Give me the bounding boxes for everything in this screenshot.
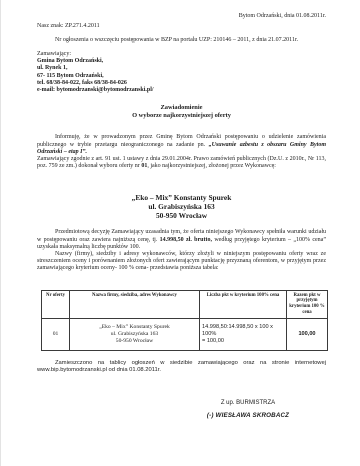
points-formula-line1: 14.998,50:14.998,50 x 100 x 100% [202, 324, 284, 338]
orderer-phone: tel. 68/38-84-022, faks 68/38-84-026 [37, 80, 326, 87]
orderer-label: Zamawiający: [37, 51, 326, 58]
date-line: Bytom Odrzański, dnia 01.08.2011r. [37, 13, 326, 20]
header-company: Nazwa firmy, siedziba, adres Wykonawcy [70, 290, 200, 318]
orderer-city: 67- 115 Bytom Odrzański, [37, 73, 326, 80]
cell-company: „Eko – Mix” Konstanty Spurek ul. Grabisz… [70, 318, 200, 350]
header-total-points: Razem pkt w przyjętym kryterium 100 % ce… [287, 290, 328, 318]
cell-company-street: ul. Grabiszyńska 163 [72, 331, 197, 338]
document-title-line2: O wyborze najkorzystniejszej oferty [37, 112, 326, 120]
paragraph-table-intro: Nazwy (firmy), siedziby i adresy wykonaw… [37, 251, 326, 273]
header-offer-number: Nr oferty [42, 290, 70, 318]
cell-company-name: „Eko – Mix” Konstanty Spurek [72, 324, 197, 331]
paragraph-decision-intro: Informuję, że w prowadzonym przez Gminę … [37, 134, 326, 156]
orderer-email: e-mail: bytomodrzanski@bytomodrzanski.pl… [37, 87, 326, 94]
offers-table-header-row: Nr oferty Nazwa firmy, siedziba, adres W… [42, 290, 328, 318]
winner-name: „Eko – Mix” Konstanty Spurek [37, 193, 326, 202]
points-formula-line2: = 100,00 [202, 338, 284, 345]
signature-block: Z up. BURMISTRZA (-) WIESŁAWA SKROBACZ [182, 400, 314, 419]
winner-block: „Eko – Mix” Konstanty Spurek ul. Grabisz… [37, 193, 326, 220]
header-points-criterion: Liczba pkt w kryterium 100% cena [200, 290, 287, 318]
orderer-name: Gmina Bytom Odrzański, [37, 58, 326, 65]
offers-table-row: 01 „Eko – Mix” Konstanty Spurek ul. Grab… [42, 318, 328, 350]
document-title: Zawiadomienie O wyborze najkorzystniejsz… [37, 104, 326, 119]
notice-number-line: Nr ogłoszenia o wszczęciu postępowania w… [37, 37, 326, 44]
cell-points-formula: 14.998,50:14.998,50 x 100 x 100% = 100,0… [200, 318, 287, 350]
legal-basis-tail: , jako najkorzystniejszej, złożonej prze… [147, 163, 276, 169]
paragraph-legal-basis: Zamawiający zgodnie z art. 91 ust. 1 ust… [37, 156, 326, 170]
signature-role: Z up. BURMISTRZA [182, 400, 314, 407]
winner-street: ul. Grabiszyńska 163 [37, 202, 326, 211]
cell-total-points: 100,00 [287, 318, 328, 350]
publication-note: Zamieszczono na tablicy ogłoszeń w siedz… [37, 360, 326, 374]
paragraph-justification: Przedmiotową decyzję Zamawiający uzasadn… [37, 229, 326, 251]
orderer-block: Zamawiający: Gmina Bytom Odrzański, ul. … [37, 51, 326, 94]
price-value: 14.998,50 zł. brutto, [160, 237, 212, 243]
orderer-street: ul. Rynek 1, [37, 65, 326, 72]
cell-offer-number: 01 [42, 318, 70, 350]
reference-number: Nasz znak: ZP.271.4.2011 [37, 23, 326, 30]
document-title-line1: Zawiadomienie [37, 104, 326, 112]
winner-city: 50-950 Wrocław [37, 211, 326, 220]
document-page: Bytom Odrzański, dnia 01.08.2011r. Nasz … [0, 0, 360, 466]
cell-company-city: 50-950 Wrocław [72, 338, 197, 345]
offers-table: Nr oferty Nazwa firmy, siedziba, adres W… [41, 290, 328, 351]
signature-name: (-) WIESŁAWA SKROBACZ [182, 412, 314, 419]
